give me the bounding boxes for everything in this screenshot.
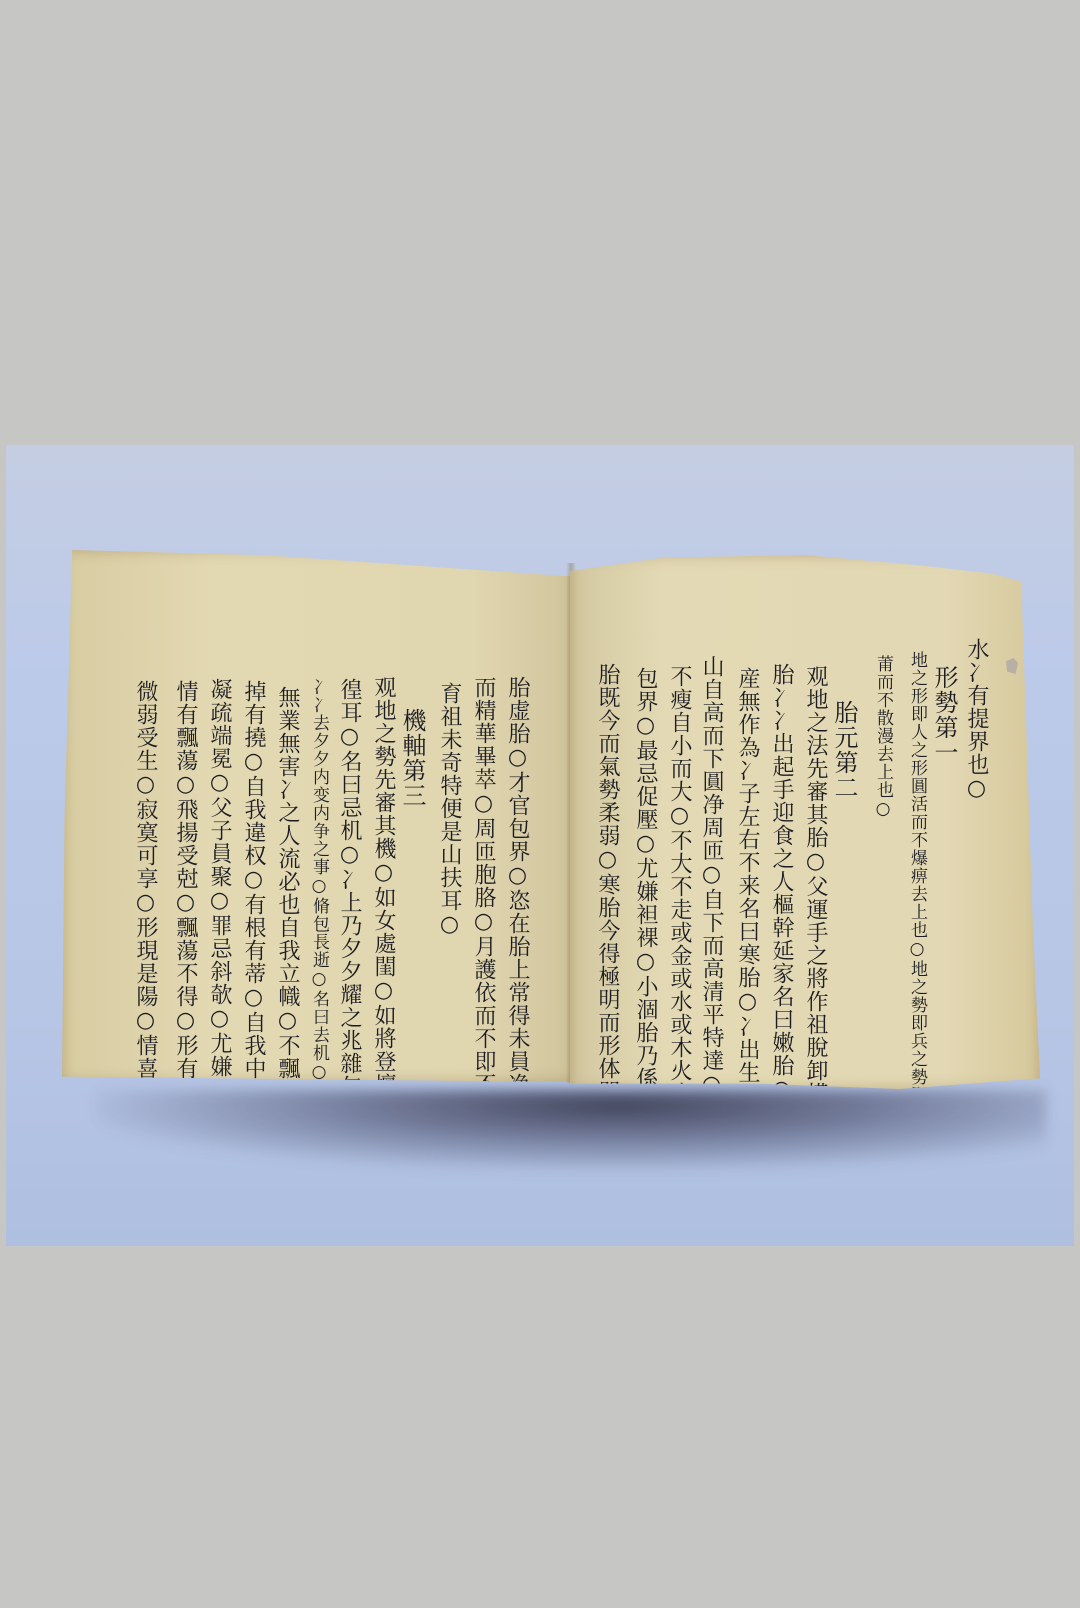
section-heading: 機軸第三 [400, 708, 424, 808]
section-heading: 形勢第一 [932, 665, 956, 765]
text-column: 水冫有提界也○ [965, 638, 987, 802]
manuscript-photo: 胎虚胎○才官包界○恣在胎上常得未員净○胎元純粹○ 而精華畢萃○周匝胞胳○月護依而… [6, 445, 1074, 1246]
text-column: 莆而不散漫去上也○ [874, 655, 891, 820]
text-column: 育祖未奇特便是山扶耳○ [438, 682, 460, 938]
text-column: 胎冫冫出起手迎食之人樞幹延家名曰嫩胎○冫者 [770, 663, 792, 1149]
right-page: 水冫有提界也○ 形勢第一 地之形即人之形圓活而不爆痹去上也○地之勢即兵之勢堅○ … [570, 555, 1040, 1089]
book-shadow [96, 1090, 1046, 1170]
text-column: 冫冫去夕夕内变内争之事○脩包長逝○名曰去机○冫去多 [310, 678, 327, 1137]
text-column: 地之形即人之形圓活而不爆痹去上也○地之勢即兵之勢堅○ [908, 651, 925, 1125]
section-heading: 胎元第二 [832, 700, 856, 800]
left-page: 胎虚胎○才官包界○恣在胎上常得未員净○胎元純粹○ 而精華畢萃○周匝胞胳○月護依而… [62, 550, 574, 1082]
